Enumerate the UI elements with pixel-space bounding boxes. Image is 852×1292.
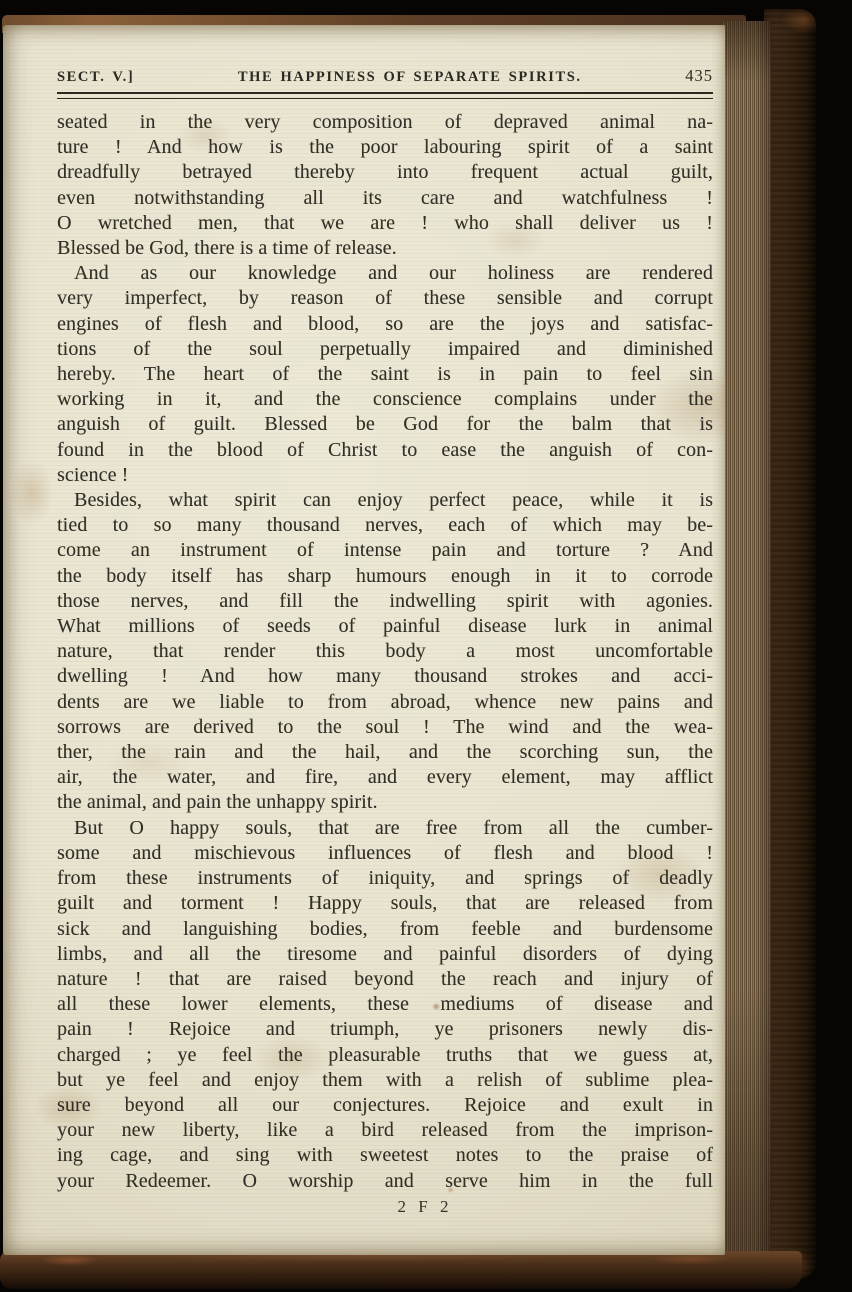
signature-mark: 2 F 2	[97, 1197, 753, 1217]
text-line: your new liberty, like a bird released f…	[57, 1118, 713, 1143]
text-line: nature ! that are raised beyond the reac…	[57, 967, 713, 992]
page-edge-stack	[723, 21, 771, 1261]
text-line: dents are we liable to from abroad, when…	[57, 690, 713, 715]
text-line: science !	[57, 463, 713, 488]
text-line: engines of flesh and blood, so are the j…	[57, 312, 713, 337]
running-title: THE HAPPINESS OF SEPARATE SPIRITS.	[134, 69, 685, 86]
text-line: air, the water, and fire, and every elem…	[57, 765, 713, 790]
book-page: SECT. V.] THE HAPPINESS OF SEPARATE SPIR…	[3, 25, 725, 1255]
text-line: ing cage, and sing with sweetest notes t…	[57, 1143, 713, 1168]
text-line: anguish of guilt. Blessed be God for the…	[57, 412, 713, 437]
text-line: But O happy souls, that are free from al…	[57, 816, 713, 841]
book-photo: SECT. V.] THE HAPPINESS OF SEPARATE SPIR…	[0, 0, 852, 1292]
text-line: your Redeemer. O worship and serve him i…	[57, 1169, 713, 1194]
text-line: ture ! And how is the poor labouring spi…	[57, 135, 713, 160]
text-line: And as our knowledge and our holiness ar…	[57, 261, 713, 286]
text-line: What millions of seeds of painful diseas…	[57, 614, 713, 639]
text-line: hereby. The heart of the saint is in pai…	[57, 362, 713, 387]
text-line: from these instruments of iniquity, and …	[57, 866, 713, 891]
page-content: SECT. V.] THE HAPPINESS OF SEPARATE SPIR…	[57, 25, 713, 1217]
text-line: tied to so many thousand nerves, each of…	[57, 513, 713, 538]
text-line: very imperfect, by reason of these sensi…	[57, 286, 713, 311]
book-cover	[764, 9, 816, 1279]
running-head: SECT. V.] THE HAPPINESS OF SEPARATE SPIR…	[57, 66, 713, 86]
text-line: dreadfully betrayed thereby into frequen…	[57, 160, 713, 185]
text-line: dwelling ! And how many thousand strokes…	[57, 664, 713, 689]
text-line: found in the blood of Christ to ease the…	[57, 438, 713, 463]
text-line: Blessed be God, there is a time of relea…	[57, 236, 713, 261]
text-line: tions of the soul perpetually impaired a…	[57, 337, 713, 362]
text-line: sick and languishing bodies, from feeble…	[57, 917, 713, 942]
text-line: charged ; ye feel the pleasurable truths…	[57, 1043, 713, 1068]
page-number: 435	[685, 66, 713, 86]
text-line: sure beyond all our conjectures. Rejoice…	[57, 1093, 713, 1118]
text-line: pain ! Rejoice and triumph, ye prisoners…	[57, 1017, 713, 1042]
text-line: O wretched men, that we are ! who shall …	[57, 211, 713, 236]
book-bottom-edge	[0, 1251, 802, 1289]
page-text: seated in the very composition of deprav…	[57, 110, 713, 1194]
text-line: nature, that render this body a most unc…	[57, 639, 713, 664]
text-line: those nerves, and fill the indwelling sp…	[57, 589, 713, 614]
header-rule	[57, 92, 713, 99]
text-line: seated in the very composition of deprav…	[57, 110, 713, 135]
text-line: the animal, and pain the unhappy spirit.	[57, 790, 713, 815]
text-line: but ye feel and enjoy them with a relish…	[57, 1068, 713, 1093]
text-line: limbs, and all the tiresome and painful …	[57, 942, 713, 967]
text-line: come an instrument of intense pain and t…	[57, 538, 713, 563]
section-label: SECT. V.]	[57, 69, 134, 86]
text-line: guilt and torment ! Happy souls, that ar…	[57, 891, 713, 916]
text-line: Besides, what spirit can enjoy perfect p…	[57, 488, 713, 513]
text-line: even notwithstanding all its care and wa…	[57, 186, 713, 211]
text-line: sorrows are derived to the soul ! The wi…	[57, 715, 713, 740]
text-line: ther, the rain and the hail, and the sco…	[57, 740, 713, 765]
text-line: all these lower elements, these mediums …	[57, 992, 713, 1017]
text-line: some and mischievous influences of flesh…	[57, 841, 713, 866]
text-line: working in it, and the conscience compla…	[57, 387, 713, 412]
text-line: the body itself has sharp humours enough…	[57, 564, 713, 589]
